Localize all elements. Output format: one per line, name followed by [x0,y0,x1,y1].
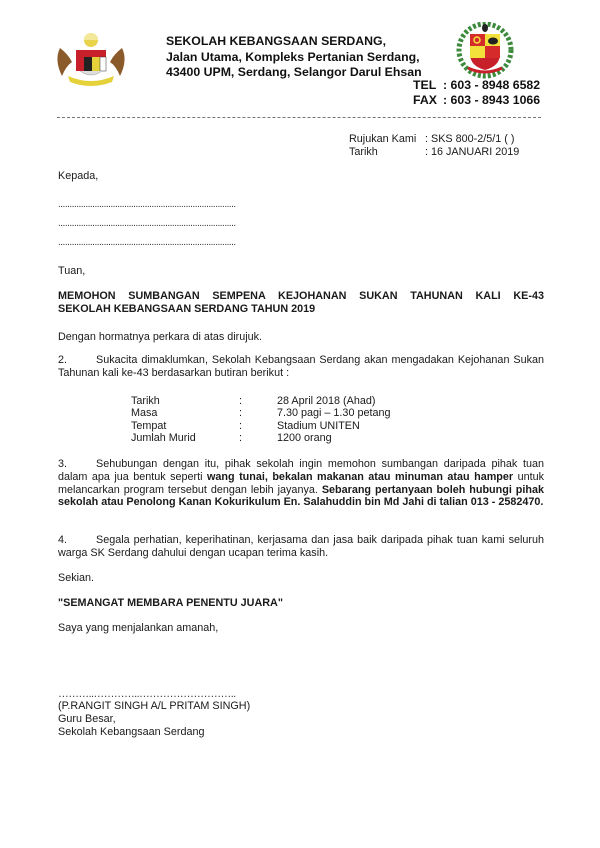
recipient-line-3: ........................................… [58,237,263,248]
paragraph-2: 2.Sukacita dimaklumkan, Sekolah Kebangsa… [58,354,544,380]
signatory-title: Guru Besar, [58,713,116,726]
detail-value: Stadium UNITEN [277,420,360,432]
detail-value: 28 April 2018 (Ahad) [277,395,375,407]
detail-sep: : [239,432,277,444]
date-value: : 16 JANUARI 2019 [425,146,519,159]
detail-sep: : [239,407,277,419]
subject-line-2: SEKOLAH KEBANGSAAN SERDANG TAHUN 2019 [58,303,315,315]
detail-row: Tarikh:28 April 2018 (Ahad) [131,395,390,407]
kepada-label: Kepada, [58,170,98,183]
malaysia-coat-of-arms-icon [50,30,132,90]
fax-value: : 603 - 8943 1066 [443,93,540,108]
ref-value: : SKS 800-2/5/1 ( ) [425,133,514,146]
recipient-line-2: ........................................… [58,218,263,229]
trust-line: Saya yang menjalankan amanah, [58,622,218,635]
detail-key: Tarikh [131,395,239,407]
reference-block: Rujukan Kami: SKS 800-2/5/1 ( ) Tarikh: … [349,133,519,159]
school-crest-icon [454,22,516,80]
fax-label: FAX [413,93,443,108]
event-details: Tarikh:28 April 2018 (Ahad) Masa:7.30 pa… [131,395,390,445]
address-line-1: Jalan Utama, Kompleks Pertanian Serdang, [166,50,422,66]
detail-row: Jumlah Murid:1200 orang [131,432,390,444]
tel-label: TEL [413,78,443,93]
detail-value: 1200 orang [277,432,332,444]
letter-subject: MEMOHON SUMBANGAN SEMPENA KEJOHANAN SUKA… [58,290,544,316]
paragraph-number: 2. [58,354,96,367]
recipient-line-1: ........................................… [58,199,263,210]
signatory-name: (P.RANGIT SINGH A/L PRITAM SINGH) [58,700,250,713]
school-motto: "SEMANGAT MEMBARA PENENTU JUARA" [58,597,283,610]
paragraph-number: 4. [58,534,96,547]
school-name: SEKOLAH KEBANGSAAN SERDANG, [166,34,422,50]
paragraph-4: 4.Segala perhatian, keperihatinan, kerja… [58,534,544,560]
address-line-2: 43400 UPM, Serdang, Selangor Darul Ehsan [166,65,422,81]
date-label: Tarikh [349,146,425,159]
header-divider [57,117,541,118]
detail-value: 7.30 pagi – 1.30 petang [277,407,390,419]
signatory-school: Sekolah Kebangsaan Serdang [58,726,204,739]
detail-row: Masa:7.30 pagi – 1.30 petang [131,407,390,419]
letterhead-address: SEKOLAH KEBANGSAAN SERDANG, Jalan Utama,… [166,34,422,81]
paragraph-text: Sukacita dimaklumkan, Sekolah Kebangsaan… [58,354,544,379]
salutation: Tuan, [58,265,85,278]
tel-value: : 603 - 8948 6582 [443,78,540,93]
contribution-types: wang tunai, bekalan makanan atau minuman… [207,471,513,483]
paragraph-number: 3. [58,458,96,471]
detail-sep: : [239,420,277,432]
detail-key: Tempat [131,420,239,432]
detail-sep: : [239,395,277,407]
closing: Sekian. [58,572,94,585]
paragraph-3: 3.Sehubungan dengan itu, pihak sekolah i… [58,458,544,509]
paragraph-text: Segala perhatian, keperihatinan, kerjasa… [58,534,544,559]
subject-line-1: MEMOHON SUMBANGAN SEMPENA KEJOHANAN SUKA… [58,290,544,303]
detail-key: Masa [131,407,239,419]
opening-line: Dengan hormatnya perkara di atas dirujuk… [58,331,262,344]
contact-block: TEL: 603 - 8948 6582 FAX: 603 - 8943 106… [413,78,540,108]
detail-row: Tempat:Stadium UNITEN [131,420,390,432]
detail-key: Jumlah Murid [131,432,239,444]
ref-label: Rujukan Kami [349,133,425,146]
